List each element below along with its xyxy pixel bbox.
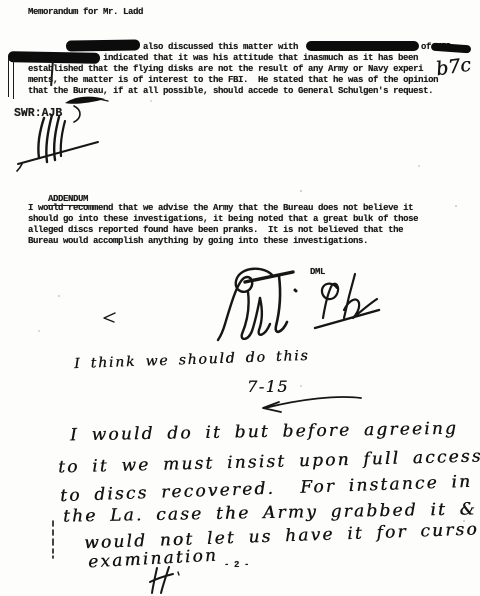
page-number: - 2 -: [224, 560, 249, 570]
crossed-initials-scribble: [14, 112, 102, 172]
left-arrow-icon: [253, 393, 363, 415]
tolson-note: I think we should do this: [74, 348, 310, 372]
scan-noise-specks: [300, 190, 302, 192]
paragraph-line2: indicated that it was his attitude that …: [103, 53, 418, 63]
foia-exemption-note: b7c: [435, 54, 473, 81]
hoover-note-line-1: I would do it but before agreeing: [70, 419, 458, 446]
margin-arrow-icon: [63, 95, 109, 108]
memo-header: Memorandum for Mr. Ladd: [28, 7, 143, 17]
paragraph-line3: established that the flying disks are no…: [28, 64, 423, 74]
addendum-line-3: alleged discs reported found have been p…: [28, 225, 403, 235]
tolson-signature: [215, 264, 300, 346]
redaction-bar-2: [306, 41, 419, 51]
addendum-line-1: I would recommend that we advise the Arm…: [28, 203, 413, 213]
addendum-line-2: should go into these investigations, it …: [28, 214, 418, 224]
paragraph-line1: also discussed this matter with: [143, 42, 298, 52]
margin-emphasis-line-1: [8, 57, 9, 97]
hoover-initial-mark: [148, 566, 174, 594]
angle-check-mark: [101, 310, 117, 324]
paragraph-line4: ments, the matter is of interest to the …: [28, 75, 438, 85]
redaction-bar-3: [8, 51, 100, 64]
margin-emphasis-line-2: [13, 59, 14, 99]
scanned-memo-page: Memorandum for Mr. Ladd also discussed t…: [0, 0, 480, 596]
margin-dash-marks: [49, 520, 57, 558]
addendum-line-4: Bureau would accomplish anything by goin…: [28, 236, 368, 246]
redaction-bar-1: [66, 39, 140, 51]
ladd-signature: [313, 272, 381, 330]
